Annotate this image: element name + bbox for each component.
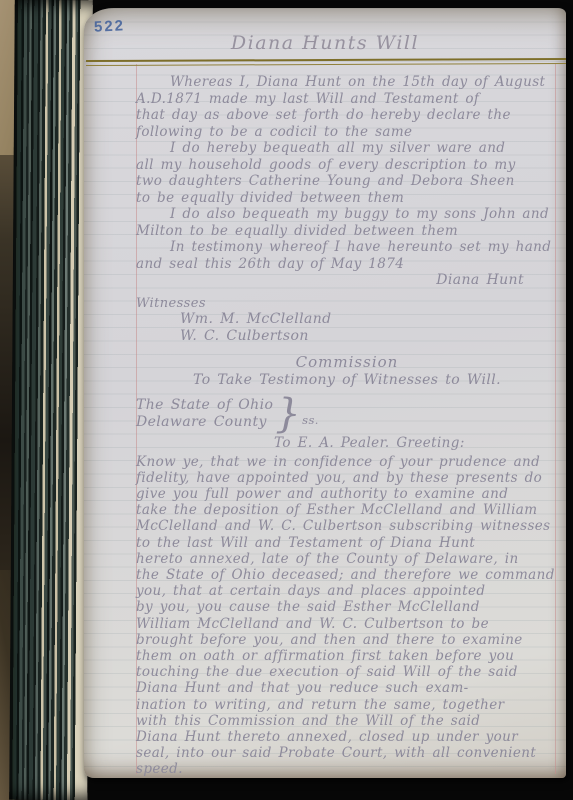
text-line: all my household goods of every descript… [136,157,558,174]
text-line: seal, into our said Probate Court, with … [136,745,558,761]
text-line: fidelity, have appointed you, and by the… [136,470,558,486]
text-line: hereto annexed, late of the County of De… [136,551,558,567]
commission-salutation: To E. A. Pealer. Greeting: [274,435,558,452]
text-line: In testimony whereof I have hereunto set… [136,239,558,256]
text-line: with this Commission and the Will of the… [136,713,558,729]
text-line: Diana Hunt and that you reduce such exam… [136,680,558,696]
ledger-page: 522 Diana Hunts Will Whereas I, Diana Hu… [84,8,566,778]
header-rule [86,58,566,66]
witnesses-label: Witnesses [136,296,558,311]
witness-signature: Wm. M. McClelland [180,311,558,328]
text-line: Know ye, that we in confidence of your p… [136,454,558,470]
commission-heading: Commission [136,353,558,371]
text-line: that day as above set forth do hereby de… [136,107,558,124]
venue-ss: ss. [302,413,319,427]
venue-caption: The State of Ohio Delaware County } ss. [136,397,558,431]
text-line: take the deposition of Esther McClelland… [136,502,558,518]
text-line: William McClelland and W. C. Culbertson … [136,616,558,632]
venue-brace: } [275,397,301,431]
text-line: brought before you, and then and there t… [136,632,558,648]
commission-subheading: To Take Testimony of Witnesses to Will. [136,371,558,389]
text-line: to the last Will and Testament of Diana … [136,535,558,551]
text-line: I do also bequeath my buggy to my sons J… [136,206,558,223]
probate-book-scan: 522 Diana Hunts Will Whereas I, Diana Hu… [0,0,573,800]
commission-paragraph: Know ye, that we in confidence of your p… [136,454,558,778]
text-line: by you, you cause the said Esther McClel… [136,599,558,615]
venue-county: Delaware County [136,414,273,431]
text-line: Whereas I, Diana Hunt on the 15th day of… [136,74,558,91]
text-line: you, that at certain days and places app… [136,583,558,599]
stacked-page-edges [9,0,93,800]
witness-block: Witnesses Wm. M. McClellandW. C. Culbert… [136,296,558,345]
venue-lines: The State of Ohio Delaware County [136,397,273,431]
witness-signature: W. C. Culbertson [180,328,558,345]
handwritten-text: Whereas I, Diana Hunt on the 15th day of… [136,68,558,778]
text-line: speed. [136,761,558,777]
text-line: them on oath or affirmation first taken … [136,648,558,664]
text-line: A.D.1871 made my last Will and Testament… [136,91,558,108]
witness-signatures: Wm. M. McClellandW. C. Culbertson [180,311,558,345]
text-line: give you full power and authority to exa… [136,486,558,502]
text-line: and seal this 26th day of May 1874 [136,256,558,273]
text-line: the State of Ohio deceased; and therefor… [136,567,558,583]
text-line: McClelland and W. C. Culbertson subscrib… [136,518,558,534]
text-line: touching the due execution of said Will … [136,664,558,680]
text-line: Diana Hunt thereto annexed, closed up un… [136,729,558,745]
text-line: following to be a codicil to the same [136,124,558,141]
text-line: to be equally divided between them [136,190,558,207]
text-line: two daughters Catherine Young and Debora… [136,173,558,190]
text-line: I do hereby bequeath all my silver ware … [136,140,558,157]
text-line: ination to writing, and return the same,… [136,697,558,713]
venue-state: The State of Ohio [136,397,273,414]
codicil-paragraph: Whereas I, Diana Hunt on the 15th day of… [136,74,558,272]
text-line: Milton to be equally divided between the… [136,223,558,240]
page-title: Diana Hunts Will [84,32,566,54]
testator-signature: Diana Hunt [136,272,558,289]
